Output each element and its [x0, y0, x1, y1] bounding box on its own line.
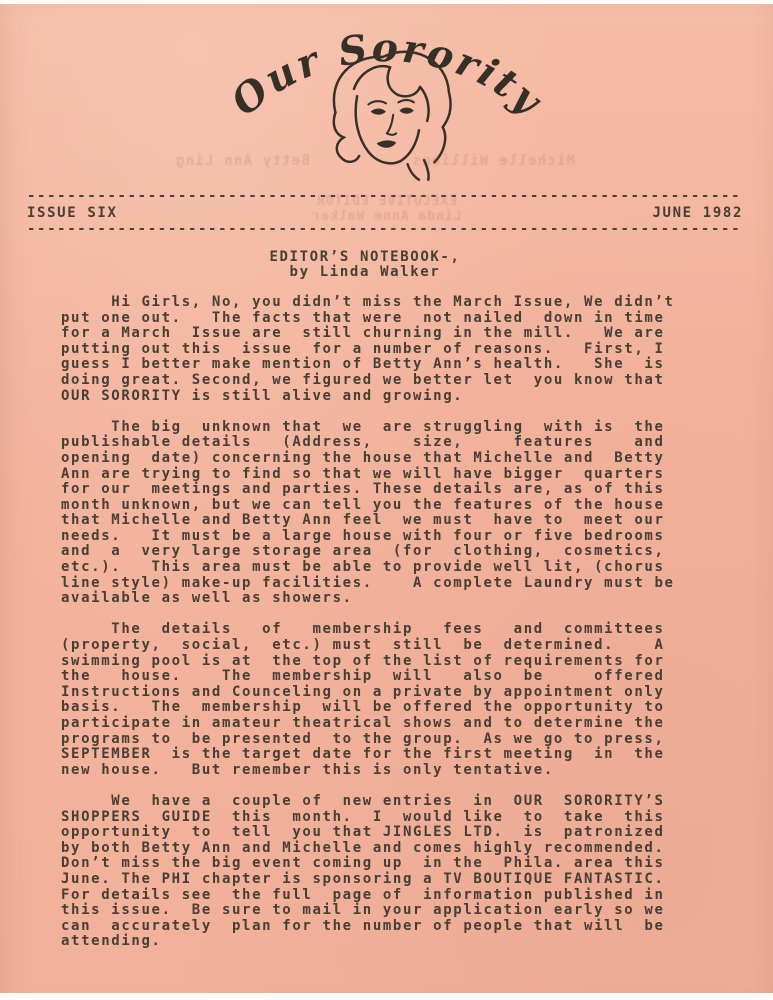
paragraph-4: We have a couple of new entries in OUR S…: [61, 794, 669, 950]
editors-notebook-article: EDITOR’S NOTEBOOK-, by Linda Walker Hi G…: [61, 250, 669, 950]
masthead-logo: Our Sorority: [0, 0, 773, 182]
scan-edge-bottom: [0, 993, 773, 1000]
paragraph-1: Hi Girls, No, you didn’t miss the March …: [61, 295, 669, 404]
scan-edge-top: [0, 0, 773, 4]
newsletter-page: Our Sorority Michelle Williams Betty Ann…: [0, 0, 773, 1000]
issue-date: JUNE 1982: [652, 206, 743, 222]
issue-banner: ----------------------------------------…: [27, 189, 746, 238]
article-byline: by Linda Walker: [61, 265, 669, 281]
paragraph-2: The big unknown that we are struggling w…: [61, 420, 669, 607]
issue-row: ISSUE SIX JUNE 1982: [27, 205, 743, 223]
article-body: Hi Girls, No, you didn’t miss the March …: [61, 295, 669, 950]
paragraph-3: The details of membership fees and commi…: [61, 622, 669, 778]
article-title: EDITOR’S NOTEBOOK-,: [61, 250, 669, 266]
logo-artwork: Our Sorority: [191, 32, 583, 182]
dashed-divider-top: ----------------------------------------…: [27, 189, 746, 205]
dashed-divider-bottom: ----------------------------------------…: [27, 222, 746, 238]
issue-number: ISSUE SIX: [27, 206, 118, 222]
